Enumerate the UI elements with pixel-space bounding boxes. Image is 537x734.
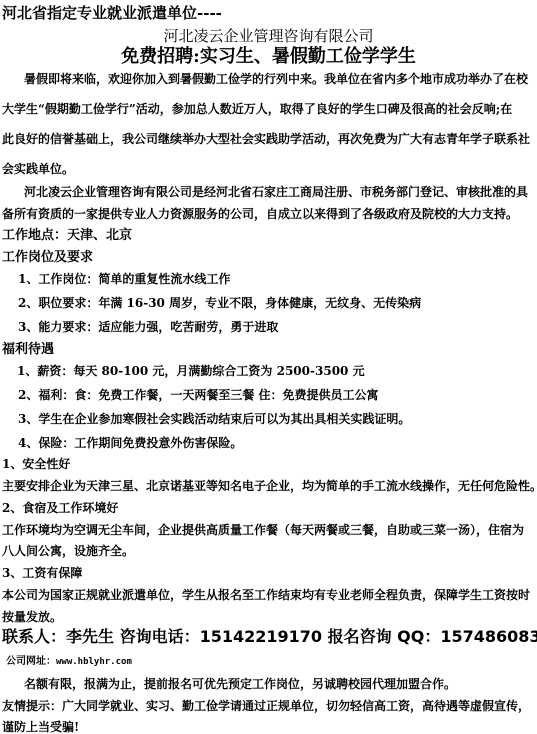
position-item: 3、能力要求：适应能力强，吃苦耐劳，勇于进取 (18, 320, 278, 334)
advantage-heading: 3、工资有保障 (2, 566, 82, 580)
quota-note: 名额有限，报满为止，提前报名可优先预定工作岗位，另诚聘校园代理加盟合作。 (24, 677, 456, 691)
advantage-text: 工作环境均为空调无尘车间，企业提供高质量工作餐（每天两餐或三餐，自助或三菜一汤）… (2, 523, 524, 537)
position-item: 1、工作岗位：简单的重复性流水线工作 (18, 272, 230, 286)
contact-line: 联系人：李先生 咨询电话：15142219170 报名咨询 QQ：1574860… (2, 628, 537, 646)
positions-heading: 工作岗位及要求 (2, 250, 93, 265)
benefits-heading: 福利待遇 (2, 342, 54, 357)
benefit-item: 4、保险：工作期间免费投意外伤害保险。 (18, 436, 242, 450)
benefit-item: 1、薪资：每天 80-100 元，月满勤综合工资为 2500-3500 元 (17, 364, 365, 378)
designation-header: 河北省指定专业就业派遣单位---- (2, 4, 222, 22)
advantage-heading: 2、食宿及工作环境好 (2, 501, 118, 515)
position-item: 2、职位要求：年满 16-30 周岁，专业不限，身体健康，无纹身、无传染病 (18, 296, 421, 310)
benefit-item: 2、福利：食：免费工作餐，一天两餐至三餐 住：免费提供员工公寓 (18, 388, 379, 402)
advantage-text: 按量发放。 (2, 610, 62, 624)
benefit-item: 3、学生在企业参加寒假社会实践活动结束后可以为其出具相关实践证明。 (18, 412, 410, 426)
advantage-heading: 1、安全性好 (2, 457, 70, 471)
page-title: 免费招聘:实习生、暑假勤工俭学学生 (0, 47, 537, 67)
advantage-text: 主要安排企业为天津三星、北京诺基亚等知名电子企业，均为简单的手工流水线操作，无任… (2, 479, 537, 493)
company-name: 河北凌云企业管理咨询有限公司 (0, 27, 537, 45)
website-label: 公司网址： (6, 656, 56, 667)
advantage-text: 本公司为国家正规就业派遣单位，学生从报名至工作结束均有专业老师全程负责，保障学生… (2, 588, 530, 602)
website-row: 公司网址：www.hblyhr.com (6, 656, 132, 668)
advantage-text: 八人间公寓，设施齐全。 (2, 544, 134, 558)
website-link[interactable]: www.hblyhr.com (56, 657, 132, 667)
work-location: 工作地点：天津、北京 (2, 228, 132, 243)
